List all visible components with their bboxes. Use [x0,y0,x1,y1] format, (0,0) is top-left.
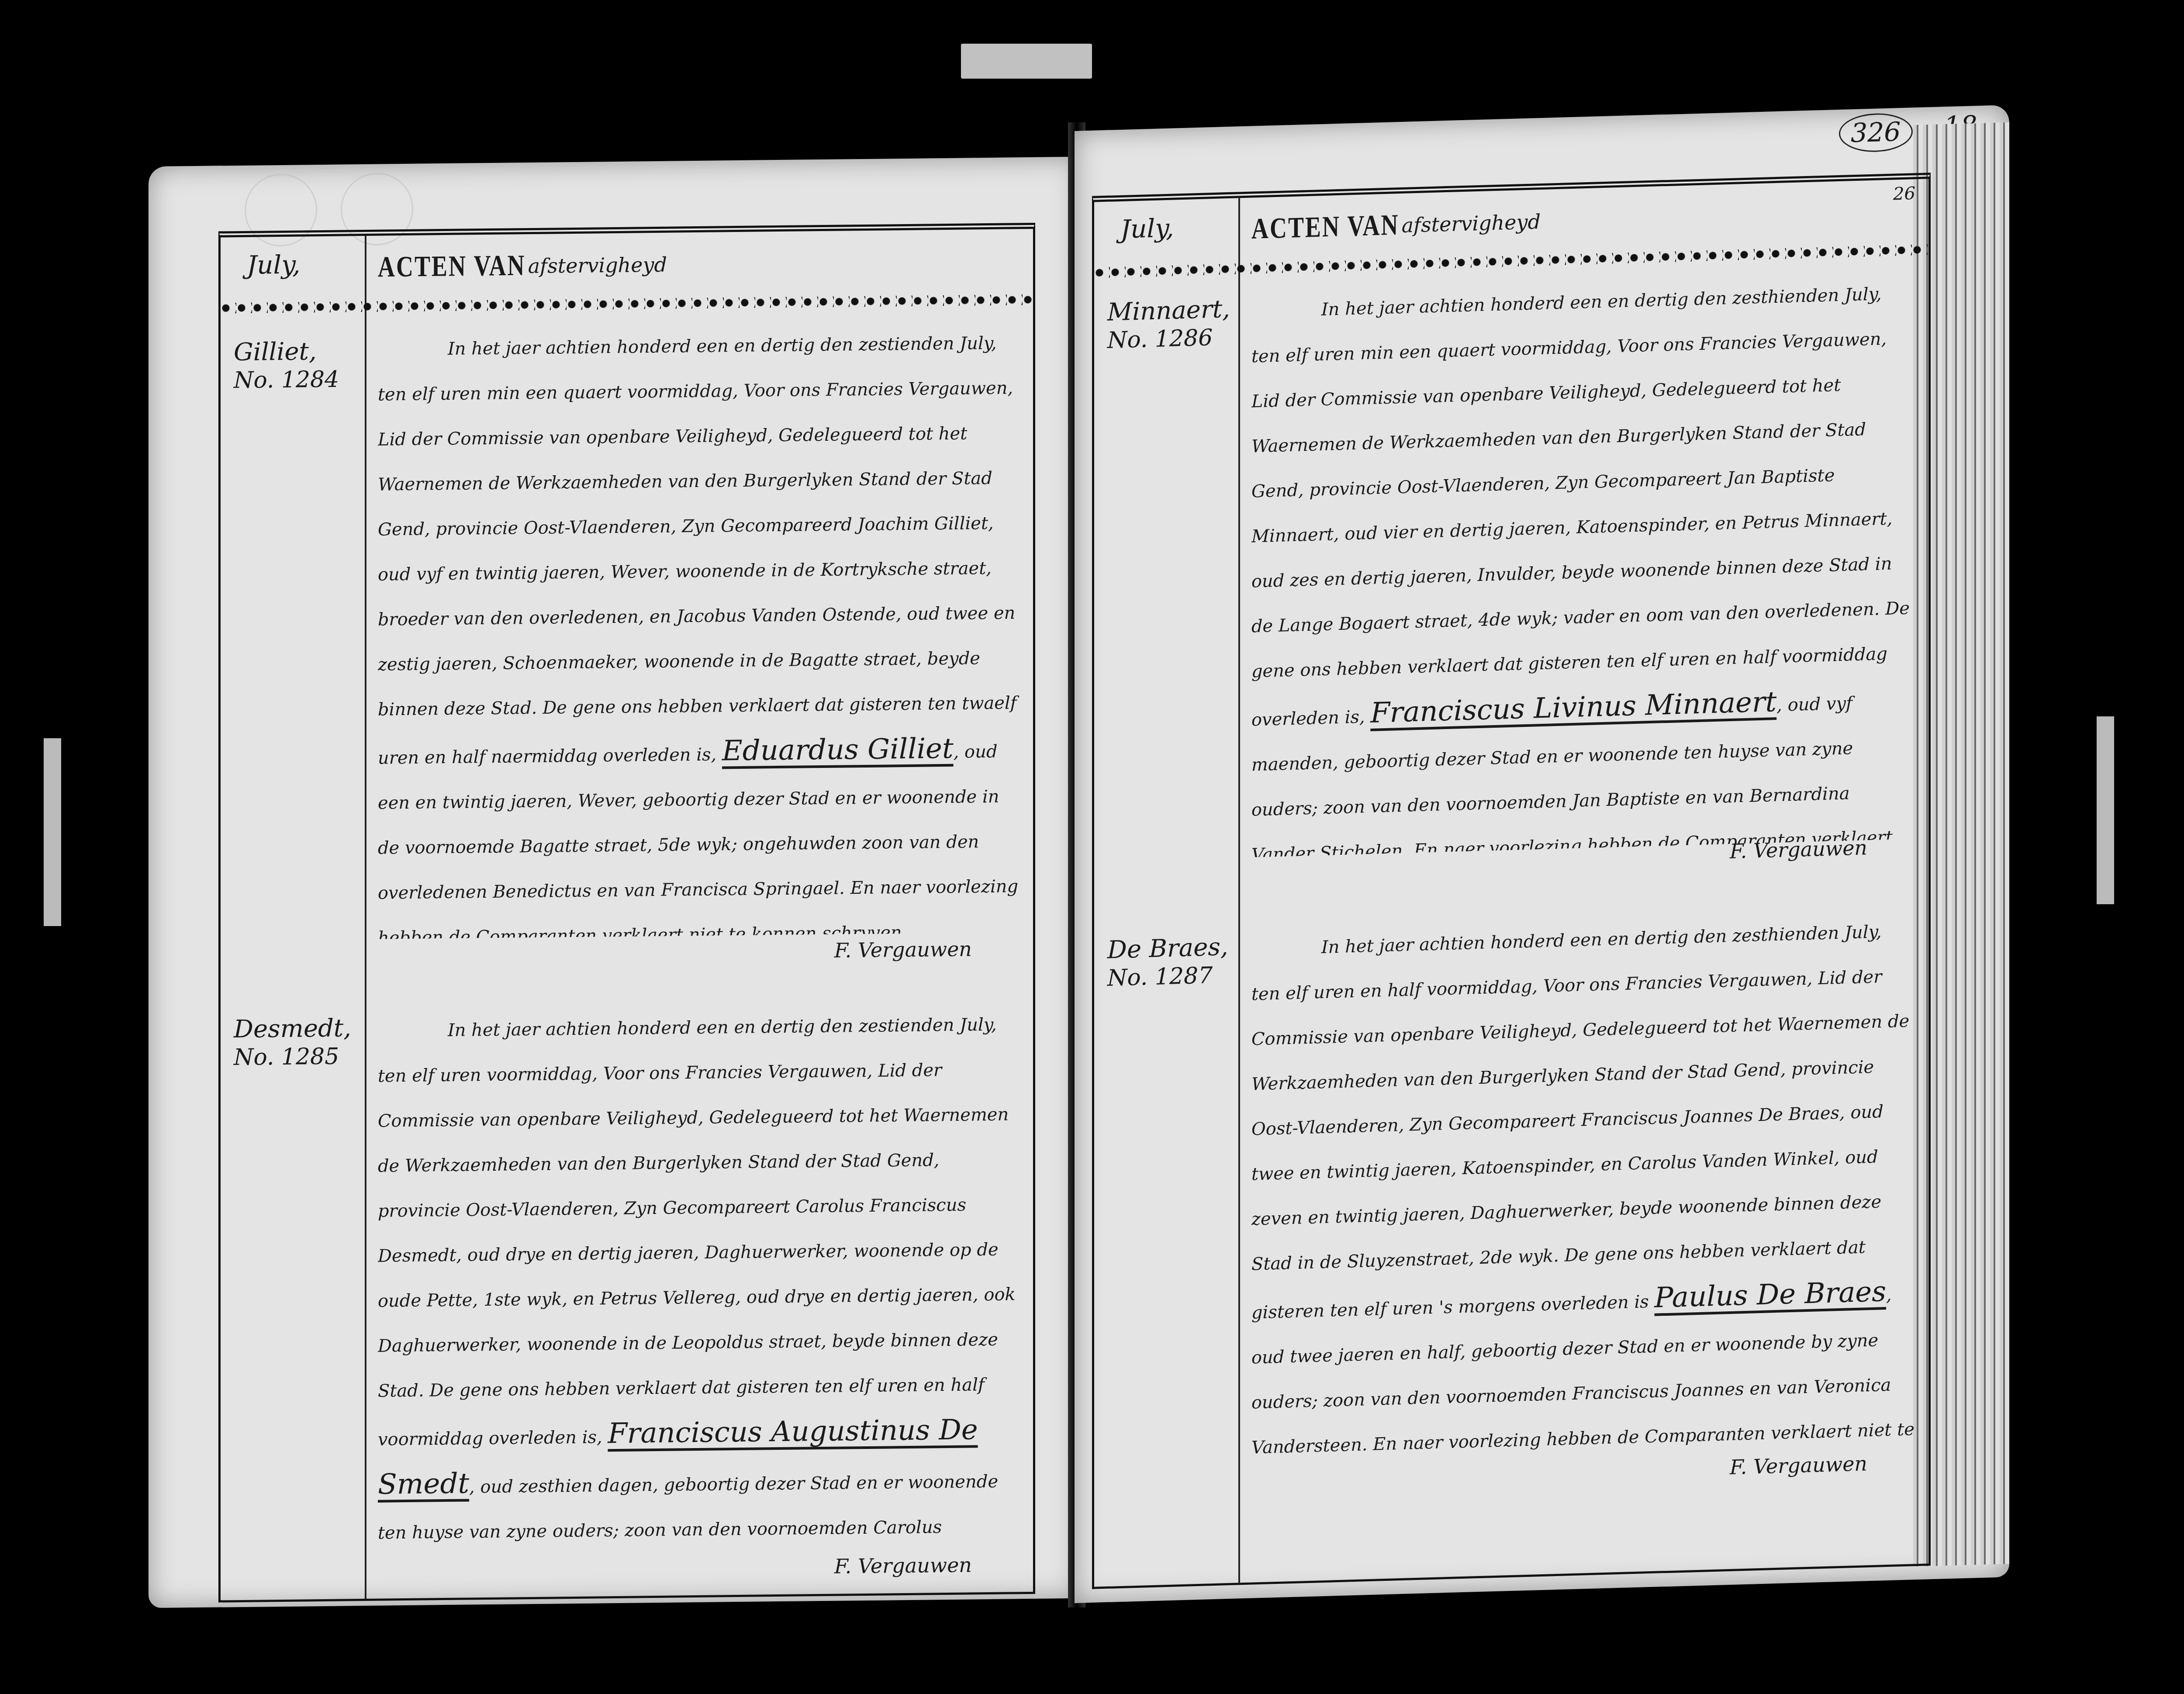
entry-margin: De Braes, No. 1287 [1107,932,1234,992]
registrar-signature: F. Vergauwen [1730,1452,1867,1479]
deceased-name: Eduardus Gilliet [722,733,954,767]
ruled-frame: 26 July, ACTEN VAN afstervigheyd Minnaer… [1092,173,1931,1589]
entry-text: In het jaer achtien honderd een en derti… [1251,271,1915,857]
heading-printed: ACTEN VAN [1251,207,1400,245]
margin-surname: Gilliet, [234,337,317,366]
month-label: July, [1120,213,1174,244]
entry-body: In het jaer achtien honderd een en derti… [378,1015,1016,1450]
open-register-book: July, ACTEN VAN afstervigheyd Gilliet, N… [131,105,2097,1612]
page-number: 326 [1839,116,1913,149]
entry-text: In het jaer achtien honderd een en derti… [1251,909,1915,1473]
entry-body: In het jaer achtien honderd een en derti… [1251,284,1910,730]
month-label: July, [247,250,301,280]
deceased-name: Paulus De Braes [1655,1276,1886,1314]
record-number: No. 1285 [234,1043,360,1071]
record-number: No. 1286 [1107,324,1234,354]
record-number: No. 1284 [234,366,360,394]
entry-text: In het jaer achtien honderd een en derti… [378,1002,1020,1555]
record-number: No. 1287 [1107,961,1234,992]
right-page: 326 18 26 July, ACTEN VAN afstervigheyd … [1075,105,2009,1603]
entry-body-cont: , oud een en twintig jaeren, Wever, gebo… [378,742,1018,939]
entry-body: In het jaer achtien honderd een en derti… [378,333,1017,768]
entry-body: In het jaer achtien honderd een en derti… [1251,922,1909,1323]
margin-column: July, [221,236,366,1600]
paper-bookmark-tab [961,44,1092,79]
entry-margin: Desmedt, No. 1285 [234,1013,360,1072]
margin-surname: Minnaert, [1107,295,1230,327]
left-page: July, ACTEN VAN afstervigheyd Gilliet, N… [149,157,1079,1608]
heading-handwritten: afstervigheyd [528,253,667,278]
heading-printed: ACTEN VAN [378,248,526,283]
entry-margin: Gilliet, No. 1284 [234,336,360,394]
registrar-signature: F. Vergauwen [834,1553,972,1578]
margin-surname: Desmedt, [234,1014,351,1044]
heading-handwritten: afstervigheyd [1402,210,1541,237]
registrar-signature: F. Vergauwen [1730,836,1867,863]
entry-text: In het jaer achtien honderd een en derti… [378,321,1020,939]
margin-surname: De Braes, [1107,933,1228,965]
margin-column: July, [1094,198,1240,1587]
left-side-tab [44,738,61,926]
page-heading: ACTEN VAN afstervigheyd [378,246,1024,301]
ruled-frame: July, ACTEN VAN afstervigheyd Gilliet, N… [218,223,1035,1603]
entry-margin: Minnaert, No. 1286 [1107,294,1234,355]
registrar-signature: F. Vergauwen [834,937,972,962]
deceased-name: Franciscus Livinus Minnaert [1370,686,1776,729]
right-side-tab [2097,716,2114,904]
entry-body-cont: , oud zesthien dagen, geboortig dezer St… [378,1472,998,1555]
